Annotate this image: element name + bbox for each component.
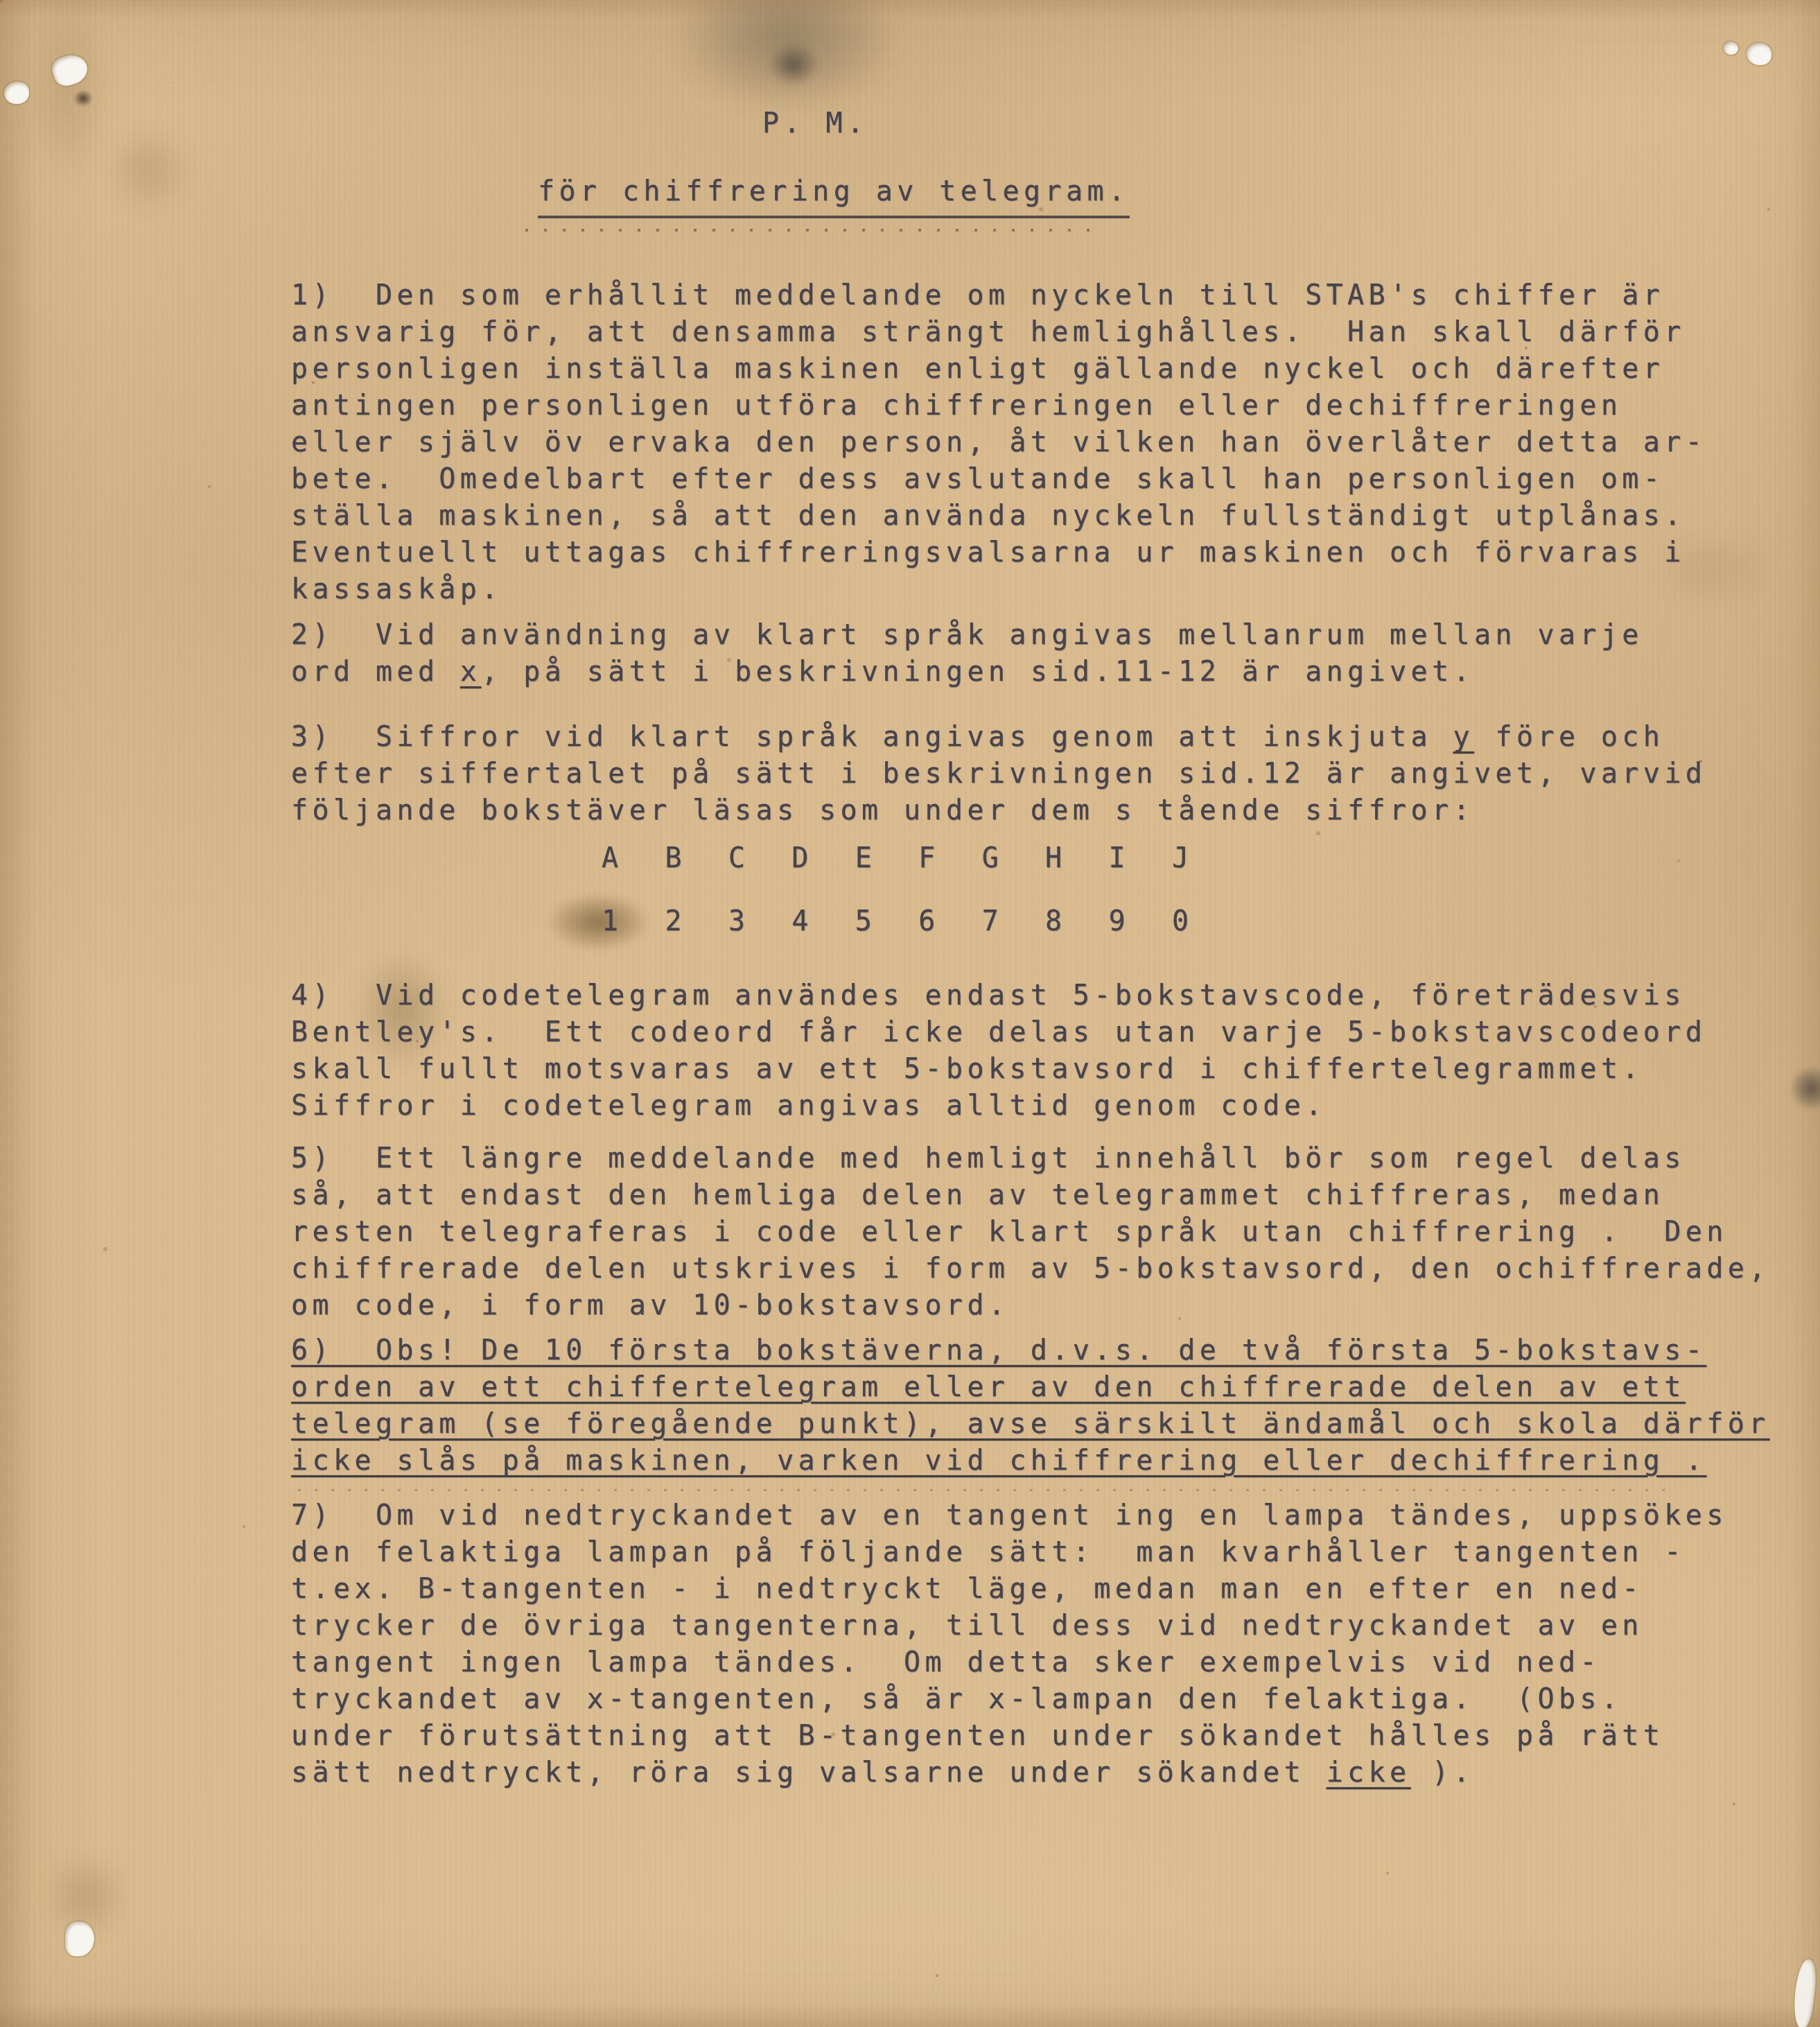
document-subtitle: för chiffrering av telegram. [538,173,1130,218]
text-line: eller själv öv ervaka den person, åt vil… [291,424,1706,461]
text-line: Bentley's. Ett codeord får icke delas ut… [291,1014,1706,1051]
text-line: kassaskåp. [291,571,1706,608]
text-segment: ord med [291,656,460,688]
underlined-word: x [460,656,481,688]
text-line: 7) Om vid nedtryckandet av en tangent in… [291,1497,1728,1534]
paragraph-3: 3) Siffror vid klart språk angivas genom… [291,719,1706,829]
text-line: antingen personligen utföra chiffreringe… [291,388,1706,424]
ink-smudge-top [672,0,901,111]
text-line: bete. Omedelbart efter dess avslutande s… [291,461,1706,498]
text-line: orden av ett chiffertelegram eller av de… [291,1369,1770,1406]
text-line: icke slås på maskinen, varken vid chiffr… [291,1443,1770,1479]
text-line: chiffrerade delen utskrives i form av 5-… [291,1251,1770,1287]
text-line: tryckandet av x-tangenten, så är x-lampa… [291,1681,1728,1718]
text-line: ord med x, på sätt i beskrivningen sid.1… [291,654,1643,690]
paper-hole [49,51,91,89]
cipher-letters-row: A B C D E F G H I J [602,840,1193,877]
underlined-word: icke [1327,1757,1411,1789]
text-line: den felaktiga lampan på följande sätt: m… [291,1534,1728,1571]
paragraph-4: 4) Vid codetelegram användes endast 5-bo… [291,977,1706,1124]
text-segment: 3) Siffror vid klart språk angivas genom… [291,721,1453,753]
text-line: skall fullt motsvaras av ett 5-bokstavso… [291,1051,1706,1088]
cipher-digits-row: 1 2 3 4 5 6 7 8 9 0 [602,903,1193,940]
text-line: så, att endast den hemliga delen av tele… [291,1177,1770,1214]
text-line: resten telegraferas i code eller klart s… [291,1214,1770,1251]
text-line: Siffror i codetelegram angivas alltid ge… [291,1088,1706,1124]
ink-smudge-top-dot [768,43,819,86]
text-line: 4) Vid codetelegram användes endast 5-bo… [291,977,1706,1014]
dotted-rule-subtitle [525,229,1091,232]
text-line: ansvarig för, att densamma strängt hemli… [291,314,1706,351]
text-line: 3) Siffror vid klart språk angivas genom… [291,719,1706,756]
text-line: sätt nedtryckt, röra sig valsarne under … [291,1755,1728,1791]
paper-hole [65,1922,94,1956]
text-line: personligen inställa maskinen enligt gäl… [291,351,1706,388]
stain-top-left [24,0,114,187]
text-segment: , på sätt i beskrivningen sid.11-12 är a… [481,656,1474,688]
text-line: 1) Den som erhållit meddelande om nyckel… [291,277,1706,314]
text-segment: sätt nedtryckt, röra sig valsarne under … [291,1757,1327,1789]
text-line: under förutsättning att B-tangenten unde… [291,1718,1728,1755]
text-line: 5) Ett längre meddelande med hemligt inn… [291,1140,1770,1177]
underlined-word: y [1453,721,1474,753]
paper-freckles [0,0,3,3]
text-line: följande bokstäver läsas som under dem s… [291,792,1706,829]
stain-bottom-left [42,1851,132,1941]
document-title: P. M. [762,105,868,142]
text-line: telegram (se föregående punkt), avse sär… [291,1406,1770,1443]
text-line: trycker de övriga tangenterna, till dess… [291,1608,1728,1644]
ink-blob-right-edge [1790,1066,1820,1111]
text-line: t.ex. B-tangenten - i nedtryckt läge, me… [291,1571,1728,1608]
text-line: efter siffertalet på sätt i beskrivninge… [291,756,1706,792]
dotted-rule-paragraph-6 [298,1489,1677,1491]
paragraph-2: 2) Vid användning av klart språk angivas… [291,617,1643,690]
memo-page: P. M. för chiffrering av telegram. 1) De… [0,0,1820,2027]
paper-tear [1791,1958,1819,2027]
text-line: 6) Obs! De 10 första bokstäverna, d.v.s.… [291,1332,1770,1369]
text-line: Eventuellt uttagas chiffreringsvalsarna … [291,534,1706,571]
paper-hole [4,82,29,104]
paper-hole [1724,42,1738,55]
text-segment: före och [1474,721,1664,753]
paper-hole [1747,43,1771,65]
paragraph-5: 5) Ett längre meddelande med hemligt inn… [291,1140,1770,1324]
text-line: ställa maskinen, så att den använda nyck… [291,498,1706,534]
paragraph-6-underlined: 6) Obs! De 10 första bokstäverna, d.v.s.… [291,1332,1770,1479]
paragraph-1: 1) Den som erhållit meddelande om nyckel… [291,277,1706,608]
text-line: om code, i form av 10-bokstavsord. [291,1287,1770,1324]
paragraph-7: 7) Om vid nedtryckandet av en tangent in… [291,1497,1728,1791]
text-line: tangent ingen lampa tändes. Om detta ske… [291,1644,1728,1681]
dark-speck [73,90,93,107]
stain-near-holes [104,125,194,215]
text-line: 2) Vid användning av klart språk angivas… [291,617,1643,654]
text-segment: ). [1411,1757,1474,1789]
